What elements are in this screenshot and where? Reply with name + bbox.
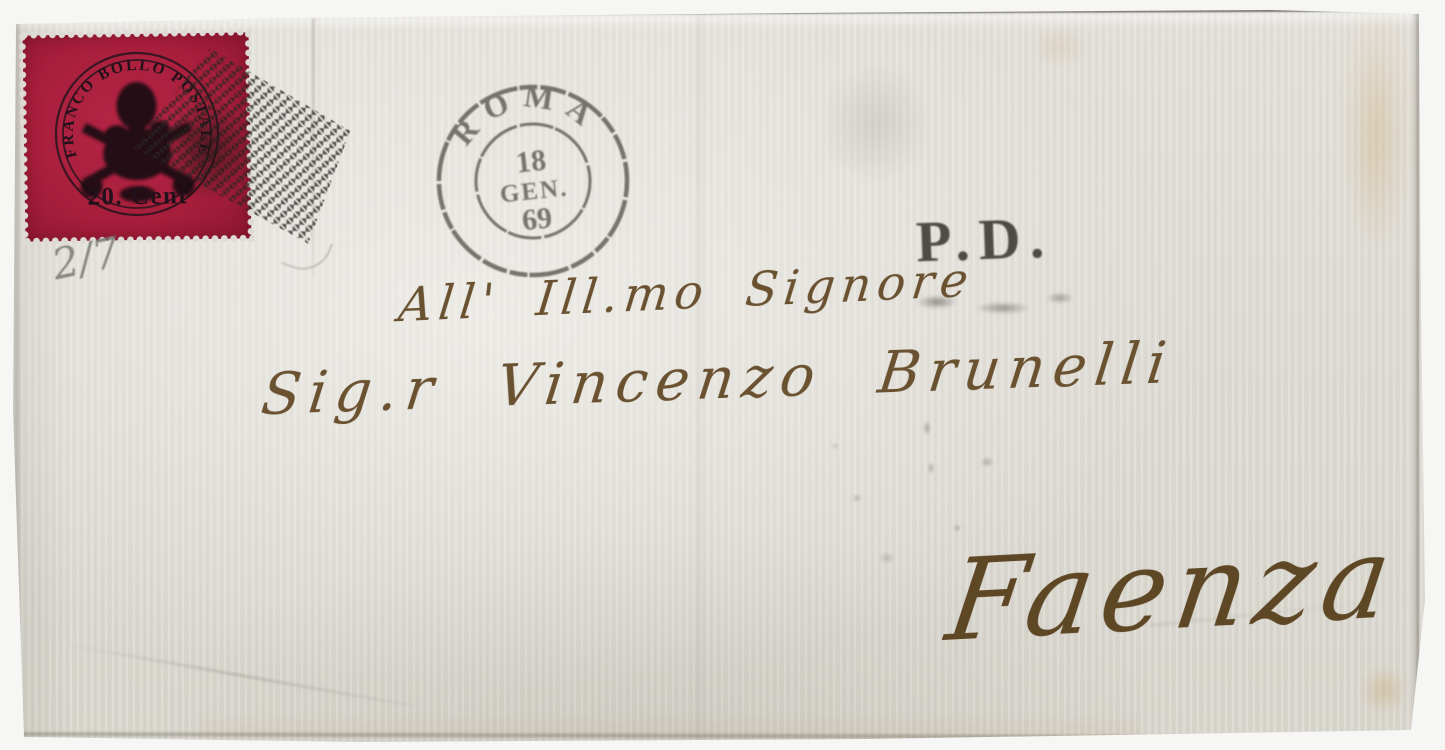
faint-ink-ghost bbox=[820, 62, 932, 184]
svg-text:ROMA: ROMA bbox=[440, 76, 611, 154]
paper-right-edge bbox=[1412, 8, 1419, 734]
paper-stain bbox=[200, 714, 1140, 738]
datestamp-year: 69 bbox=[520, 201, 553, 237]
address-destination: Faenza bbox=[940, 512, 1407, 667]
paper-stain bbox=[1030, 26, 1090, 68]
datestamp-city: ROMA bbox=[440, 76, 611, 154]
pencil-squiggle bbox=[281, 230, 333, 278]
stamp-denomination: 20. Cent bbox=[87, 182, 188, 210]
fold-crease bbox=[60, 642, 415, 707]
cancellation-ink-blotch bbox=[165, 100, 250, 200]
paper-stain bbox=[1360, 666, 1408, 714]
photo-backdrop: FRANCO BOLLO POSTALE 20. Cent ROMA 18 GE… bbox=[0, 0, 1445, 750]
letter-cover: FRANCO BOLLO POSTALE 20. Cent ROMA 18 GE… bbox=[0, 0, 1445, 750]
datestamp-day: 18 bbox=[514, 144, 547, 180]
circular-datestamp: ROMA 18 GEN. 69 bbox=[428, 76, 638, 286]
paper-stain bbox=[1350, 40, 1400, 250]
